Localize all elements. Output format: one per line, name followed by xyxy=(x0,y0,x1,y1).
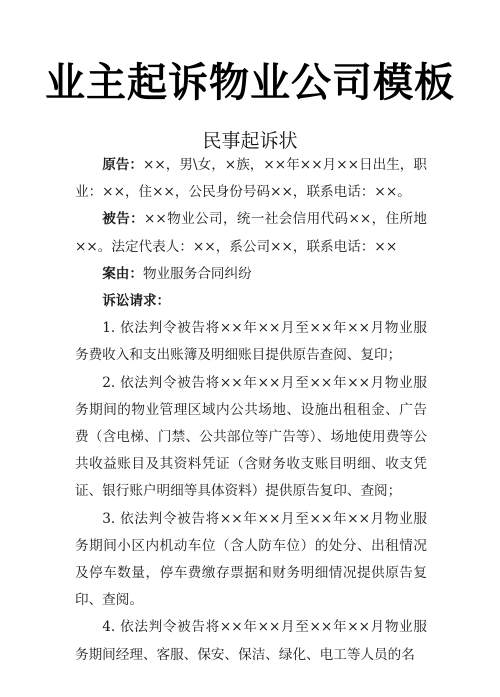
claim-item-3: 3. 依法判令被告将××年××月至××年××月物业服务期间小区内机动车位（含人防… xyxy=(75,506,427,615)
claims-heading: 诉讼请求： xyxy=(75,288,427,315)
defendant-paragraph: 被告：××物业公司，统一社会信用代码××，住所地××。法定代表人：××，系公司×… xyxy=(75,206,427,260)
claim-item-4: 4. 依法判令被告将××年××月至××年××月物业服务期间经理、客服、保安、保洁… xyxy=(75,614,427,668)
document-title: 业主起诉物业公司模板 xyxy=(0,58,500,108)
plaintiff-label: 原告： xyxy=(102,157,143,173)
document-subtitle: 民事起诉状 xyxy=(0,128,500,154)
plaintiff-paragraph: 原告：××，男\女，×族，××年××月××日出生，职业：××，住××，公民身份号… xyxy=(75,152,427,206)
claim-item-2: 2. 依法判令被告将××年××月至××年××月物业服务期间的物业管理区域内公共场… xyxy=(75,370,427,506)
document-body: 原告：××，男\女，×族，××年××月××日出生，职业：××，住××，公民身份号… xyxy=(75,152,427,669)
claims-label: 诉讼请求： xyxy=(102,293,170,309)
defendant-label: 被告： xyxy=(102,211,144,227)
cause-label: 案由： xyxy=(102,266,143,282)
cause-paragraph: 案由：物业服务合同纠纷 xyxy=(75,261,427,288)
claim-item-1: 1. 依法判令被告将××年××月至××年××月物业服务费收入和支出账簿及明细账目… xyxy=(75,315,427,369)
cause-text: 物业服务合同纠纷 xyxy=(143,266,252,282)
